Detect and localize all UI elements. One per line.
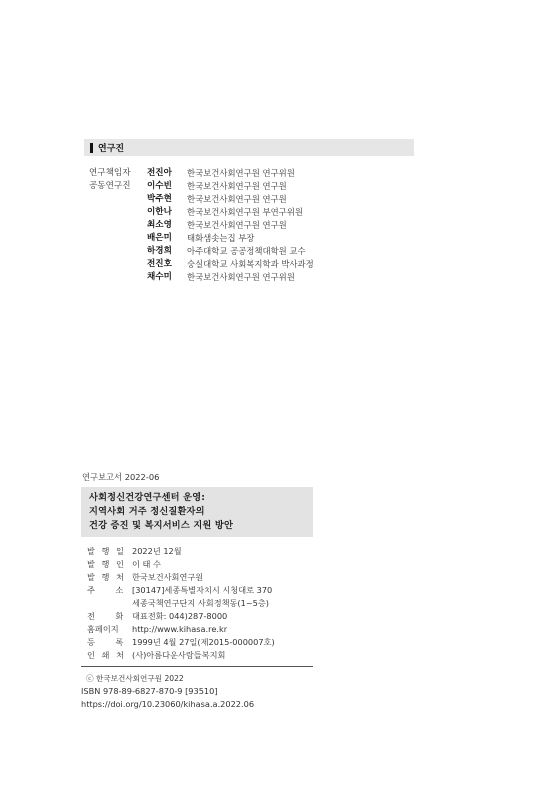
researcher-name: 이한나 bbox=[147, 206, 187, 219]
researcher-affiliation: 한국보건사회연구원 연구위원 bbox=[187, 167, 295, 180]
report-title-line: 건강 증진 및 복지서비스 지원 방안 bbox=[89, 519, 313, 533]
report-title-box: 사회정신건강연구센터 운영: 지역사회 거주 정신질환자의 건강 증진 및 복지… bbox=[81, 487, 313, 537]
publication-row: 발 행 일 2022년 12월 bbox=[87, 545, 275, 558]
report-number: 연구보고서 2022-06 bbox=[82, 471, 159, 483]
researcher-role: 공동연구진 bbox=[89, 180, 147, 193]
researcher-row: 전진호 숭실대학교 사회복지학과 박사과정 bbox=[89, 258, 314, 271]
researcher-role bbox=[89, 271, 147, 284]
publication-value: 한국보건사회연구원 bbox=[132, 571, 203, 584]
publication-row: 세종국책연구단지 사회정책동(1~5층) bbox=[87, 597, 275, 610]
researcher-name: 전진아 bbox=[147, 167, 187, 180]
publication-row: 주 소 [30147]세종특별자치시 시청대로 370 bbox=[87, 584, 275, 597]
doi-link[interactable]: https://doi.org/10.23060/kihasa.a.2022.0… bbox=[81, 698, 254, 711]
publication-row: 발 행 처 한국보건사회연구원 bbox=[87, 571, 275, 584]
homepage-link[interactable]: http://www.kihasa.re.kr bbox=[132, 623, 227, 636]
researcher-name: 박주현 bbox=[147, 193, 187, 206]
publication-row: 전 화 대표전화: 044)287-8000 bbox=[87, 610, 275, 623]
researcher-role bbox=[89, 219, 147, 232]
researcher-name: 최소영 bbox=[147, 219, 187, 232]
report-title-line: 지역사회 거주 정신질환자의 bbox=[89, 505, 313, 519]
footer: ⓒ 한국보건사회연구원 2022 ISBN 978-89-6827-870-9 … bbox=[81, 672, 254, 711]
section-title: 연구진 bbox=[98, 141, 124, 154]
publication-label: 발 행 일 bbox=[87, 545, 132, 558]
researcher-name: 하경희 bbox=[147, 245, 187, 258]
publication-value: [30147]세종특별자치시 시청대로 370 bbox=[132, 584, 272, 597]
researcher-row: 최소영 한국보건사회연구원 연구원 bbox=[89, 219, 314, 232]
researcher-row: 하경희 아주대학교 공공정책대학원 교수 bbox=[89, 245, 314, 258]
researcher-name: 전진호 bbox=[147, 258, 187, 271]
publication-value: 2022년 12월 bbox=[132, 545, 182, 558]
researcher-row: 공동연구진 이수빈 한국보건사회연구원 연구원 bbox=[89, 180, 314, 193]
publication-value: (사)아름다운사람들복지회 bbox=[132, 649, 225, 662]
researcher-affiliation: 한국보건사회연구원 연구원 bbox=[187, 193, 287, 206]
researcher-role: 연구책임자 bbox=[89, 167, 147, 180]
publication-value: 1999년 4월 27일(제2015-000007호) bbox=[132, 636, 275, 649]
researcher-row: 배은미 태화샘솟는집 부장 bbox=[89, 232, 314, 245]
researcher-role bbox=[89, 232, 147, 245]
researcher-affiliation: 한국보건사회연구원 연구원 bbox=[187, 180, 287, 193]
researcher-name: 배은미 bbox=[147, 232, 187, 245]
publication-value: 대표전화: 044)287-8000 bbox=[132, 610, 227, 623]
publication-label: 인 쇄 처 bbox=[87, 649, 132, 662]
publication-value: 세종국책연구단지 사회정책동(1~5층) bbox=[132, 597, 269, 610]
publication-label: 발 행 처 bbox=[87, 571, 132, 584]
publication-label: 홈페이지 bbox=[87, 623, 132, 636]
publication-value: 이 태 수 bbox=[132, 558, 161, 571]
publication-info: 발 행 일 2022년 12월 발 행 인 이 태 수 발 행 처 한국보건사회… bbox=[87, 545, 275, 662]
publication-label: 전 화 bbox=[87, 610, 132, 623]
copyright: ⓒ 한국보건사회연구원 2022 bbox=[81, 672, 254, 685]
publication-row: 인 쇄 처 (사)아름다운사람들복지회 bbox=[87, 649, 275, 662]
researcher-role bbox=[89, 206, 147, 219]
section-marker-icon bbox=[90, 143, 93, 153]
researcher-name: 이수빈 bbox=[147, 180, 187, 193]
researcher-row: 이한나 한국보건사회연구원 부연구위원 bbox=[89, 206, 314, 219]
publication-label: 주 소 bbox=[87, 584, 132, 597]
researcher-affiliation: 한국보건사회연구원 부연구위원 bbox=[187, 206, 303, 219]
publication-label bbox=[87, 597, 132, 610]
publication-row: 발 행 인 이 태 수 bbox=[87, 558, 275, 571]
researcher-row: 채수미 한국보건사회연구원 연구위원 bbox=[89, 271, 314, 284]
researcher-affiliation: 한국보건사회연구원 연구위원 bbox=[187, 271, 295, 284]
publication-label: 등 록 bbox=[87, 636, 132, 649]
researcher-affiliation: 한국보건사회연구원 연구원 bbox=[187, 219, 287, 232]
publication-label: 발 행 인 bbox=[87, 558, 132, 571]
researcher-row: 연구책임자 전진아 한국보건사회연구원 연구위원 bbox=[89, 167, 314, 180]
divider bbox=[81, 666, 313, 667]
report-title-line: 사회정신건강연구센터 운영: bbox=[89, 491, 313, 505]
researcher-role bbox=[89, 193, 147, 206]
researcher-role bbox=[89, 258, 147, 271]
researcher-affiliation: 아주대학교 공공정책대학원 교수 bbox=[187, 245, 306, 258]
isbn: ISBN 978-89-6827-870-9 [93510] bbox=[81, 685, 254, 698]
publication-row: 홈페이지 http://www.kihasa.re.kr bbox=[87, 623, 275, 636]
researcher-list: 연구책임자 전진아 한국보건사회연구원 연구위원 공동연구진 이수빈 한국보건사… bbox=[89, 167, 314, 284]
researcher-name: 채수미 bbox=[147, 271, 187, 284]
researcher-affiliation: 숭실대학교 사회복지학과 박사과정 bbox=[187, 258, 314, 271]
researcher-row: 박주현 한국보건사회연구원 연구원 bbox=[89, 193, 314, 206]
section-header: 연구진 bbox=[84, 139, 414, 156]
researcher-role bbox=[89, 245, 147, 258]
researcher-affiliation: 태화샘솟는집 부장 bbox=[187, 232, 254, 245]
publication-row: 등 록 1999년 4월 27일(제2015-000007호) bbox=[87, 636, 275, 649]
